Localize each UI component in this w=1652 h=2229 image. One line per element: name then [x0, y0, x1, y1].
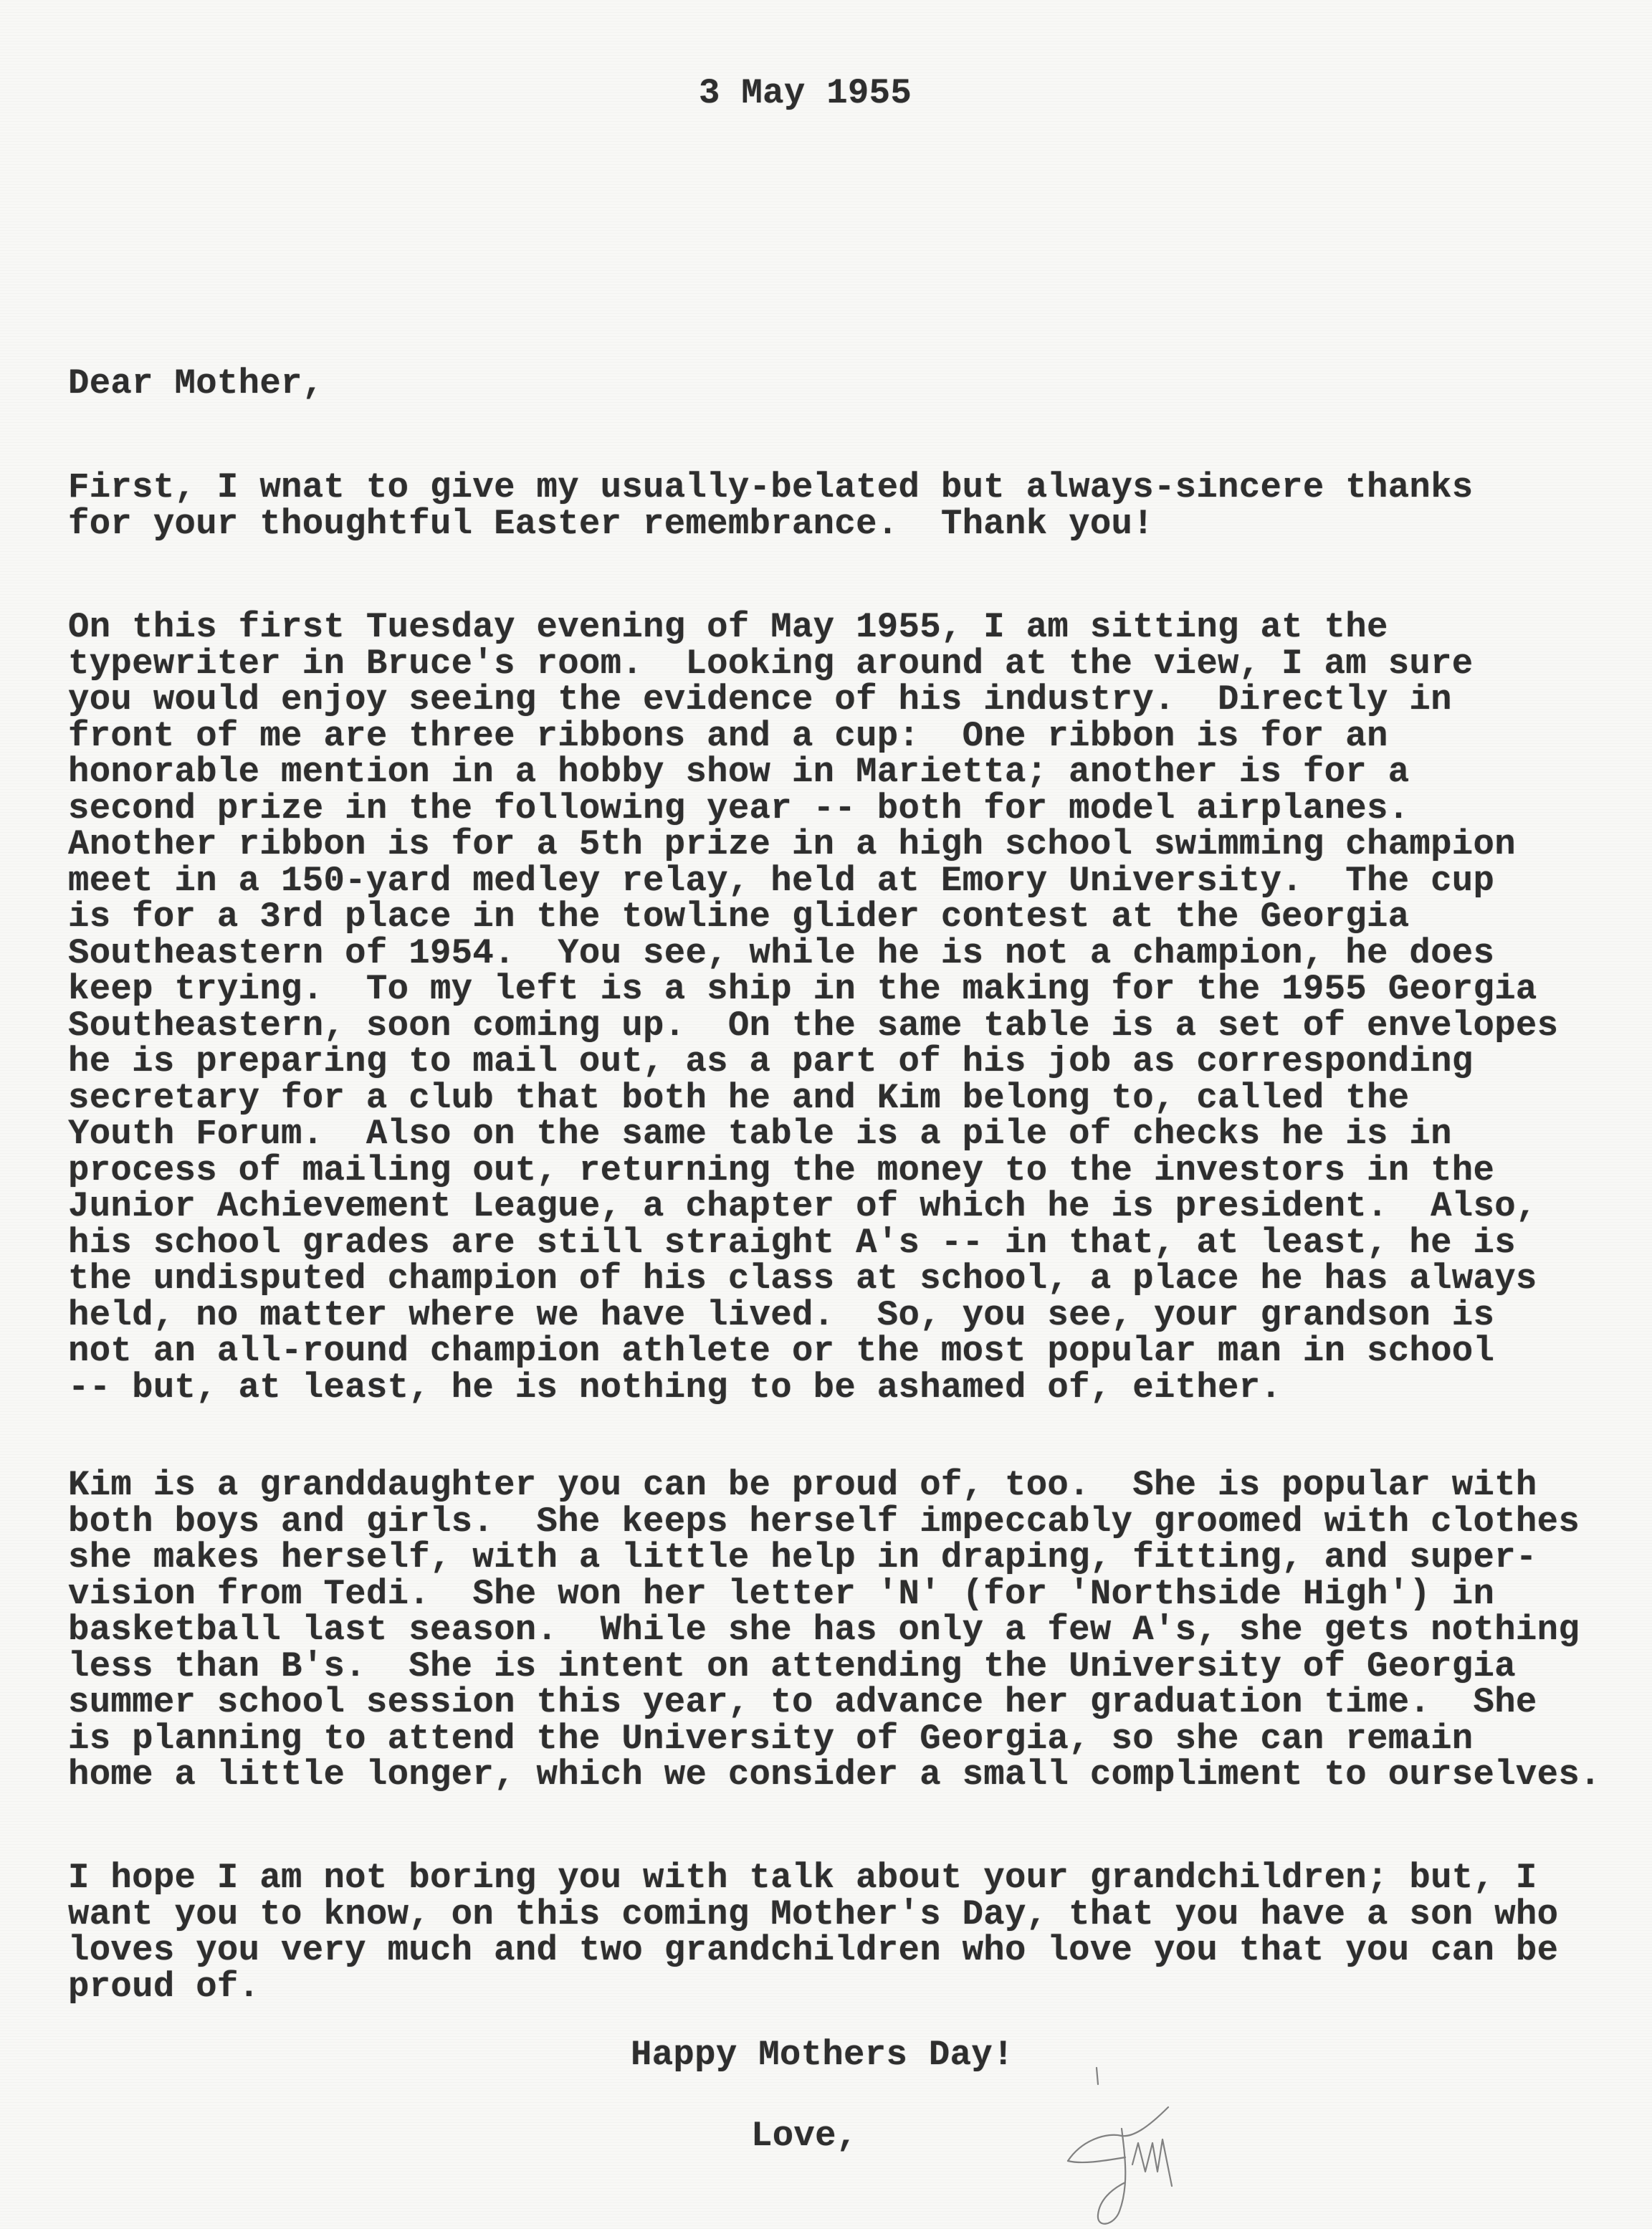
text-line: home a little longer, which we consider …: [68, 1757, 1601, 1793]
text-line: process of mailing out, returning the mo…: [68, 1152, 1558, 1189]
text-line: the undisputed champion of his class at …: [68, 1261, 1558, 1297]
text-line: typewriter in Bruce's room. Looking arou…: [68, 646, 1558, 682]
text-line: she makes herself, with a little help in…: [68, 1540, 1601, 1576]
text-line: proud of.: [68, 1969, 1558, 2005]
text-line: want you to know, on this coming Mother'…: [68, 1896, 1558, 1933]
text-line: On this first Tuesday evening of May 195…: [68, 609, 1558, 646]
text-line: honorable mention in a hobby show in Mar…: [68, 754, 1558, 791]
text-line: front of me are three ribbons and a cup:…: [68, 718, 1558, 755]
text-line: summer school session this year, to adva…: [68, 1684, 1601, 1721]
text-line: Junior Achievement League, a chapter of …: [68, 1188, 1558, 1225]
paragraph-kim: Kim is a granddaughter you can be proud …: [68, 1467, 1601, 1793]
text-line: his school grades are still straight A's…: [68, 1225, 1558, 1261]
text-line: Kim is a granddaughter you can be proud …: [68, 1467, 1601, 1504]
text-line: for your thoughtful Easter remembrance. …: [68, 506, 1474, 543]
text-line: is for a 3rd place in the towline glider…: [68, 899, 1558, 935]
text-line: keep trying. To my left is a ship in the…: [68, 971, 1558, 1008]
paragraph-mothers-day: I hope I am not boring you with talk abo…: [68, 1860, 1558, 2005]
text-line: Southeastern of 1954. You see, while he …: [68, 935, 1558, 972]
paragraph-thanks: First, I wnat to give my usually-belated…: [68, 469, 1474, 542]
text-line: vision from Tedi. She won her letter 'N'…: [68, 1576, 1601, 1613]
text-line: you would enjoy seeing the evidence of h…: [68, 682, 1558, 718]
text-line: not an all-round champion athlete or the…: [68, 1333, 1558, 1370]
handwritten-signature: [1054, 2057, 1226, 2229]
text-line: Youth Forum. Also on the same table is a…: [68, 1116, 1558, 1152]
text-line: Another ribbon is for a 5th prize in a h…: [68, 826, 1558, 863]
text-line: is planning to attend the University of …: [68, 1721, 1601, 1757]
text-line: meet in a 150-yard medley relay, held at…: [68, 863, 1558, 899]
closing-love: Love,: [751, 2118, 858, 2154]
text-line: second prize in the following year -- bo…: [68, 791, 1558, 827]
text-line: loves you very much and two grandchildre…: [68, 1932, 1558, 1969]
text-line: secretary for a club that both he and Ki…: [68, 1080, 1558, 1117]
text-line: held, no matter where we have lived. So,…: [68, 1297, 1558, 1334]
text-line: First, I wnat to give my usually-belated…: [68, 469, 1474, 506]
salutation: Dear Mother,: [68, 366, 323, 402]
text-line: he is preparing to mail out, as a part o…: [68, 1044, 1558, 1080]
text-line: I hope I am not boring you with talk abo…: [68, 1860, 1558, 1896]
paragraph-bruce: On this first Tuesday evening of May 195…: [68, 609, 1558, 1405]
text-line: -- but, at least, he is nothing to be as…: [68, 1370, 1558, 1406]
text-line: both boys and girls. She keeps herself i…: [68, 1504, 1601, 1540]
text-line: Southeastern, soon coming up. On the sam…: [68, 1008, 1558, 1044]
closing-greeting: Happy Mothers Day!: [631, 2037, 1014, 2073]
text-line: basketball last season. While she has on…: [68, 1612, 1601, 1648]
letter-date: 3 May 1955: [699, 75, 912, 112]
text-line: less than B's. She is intent on attendin…: [68, 1648, 1601, 1685]
